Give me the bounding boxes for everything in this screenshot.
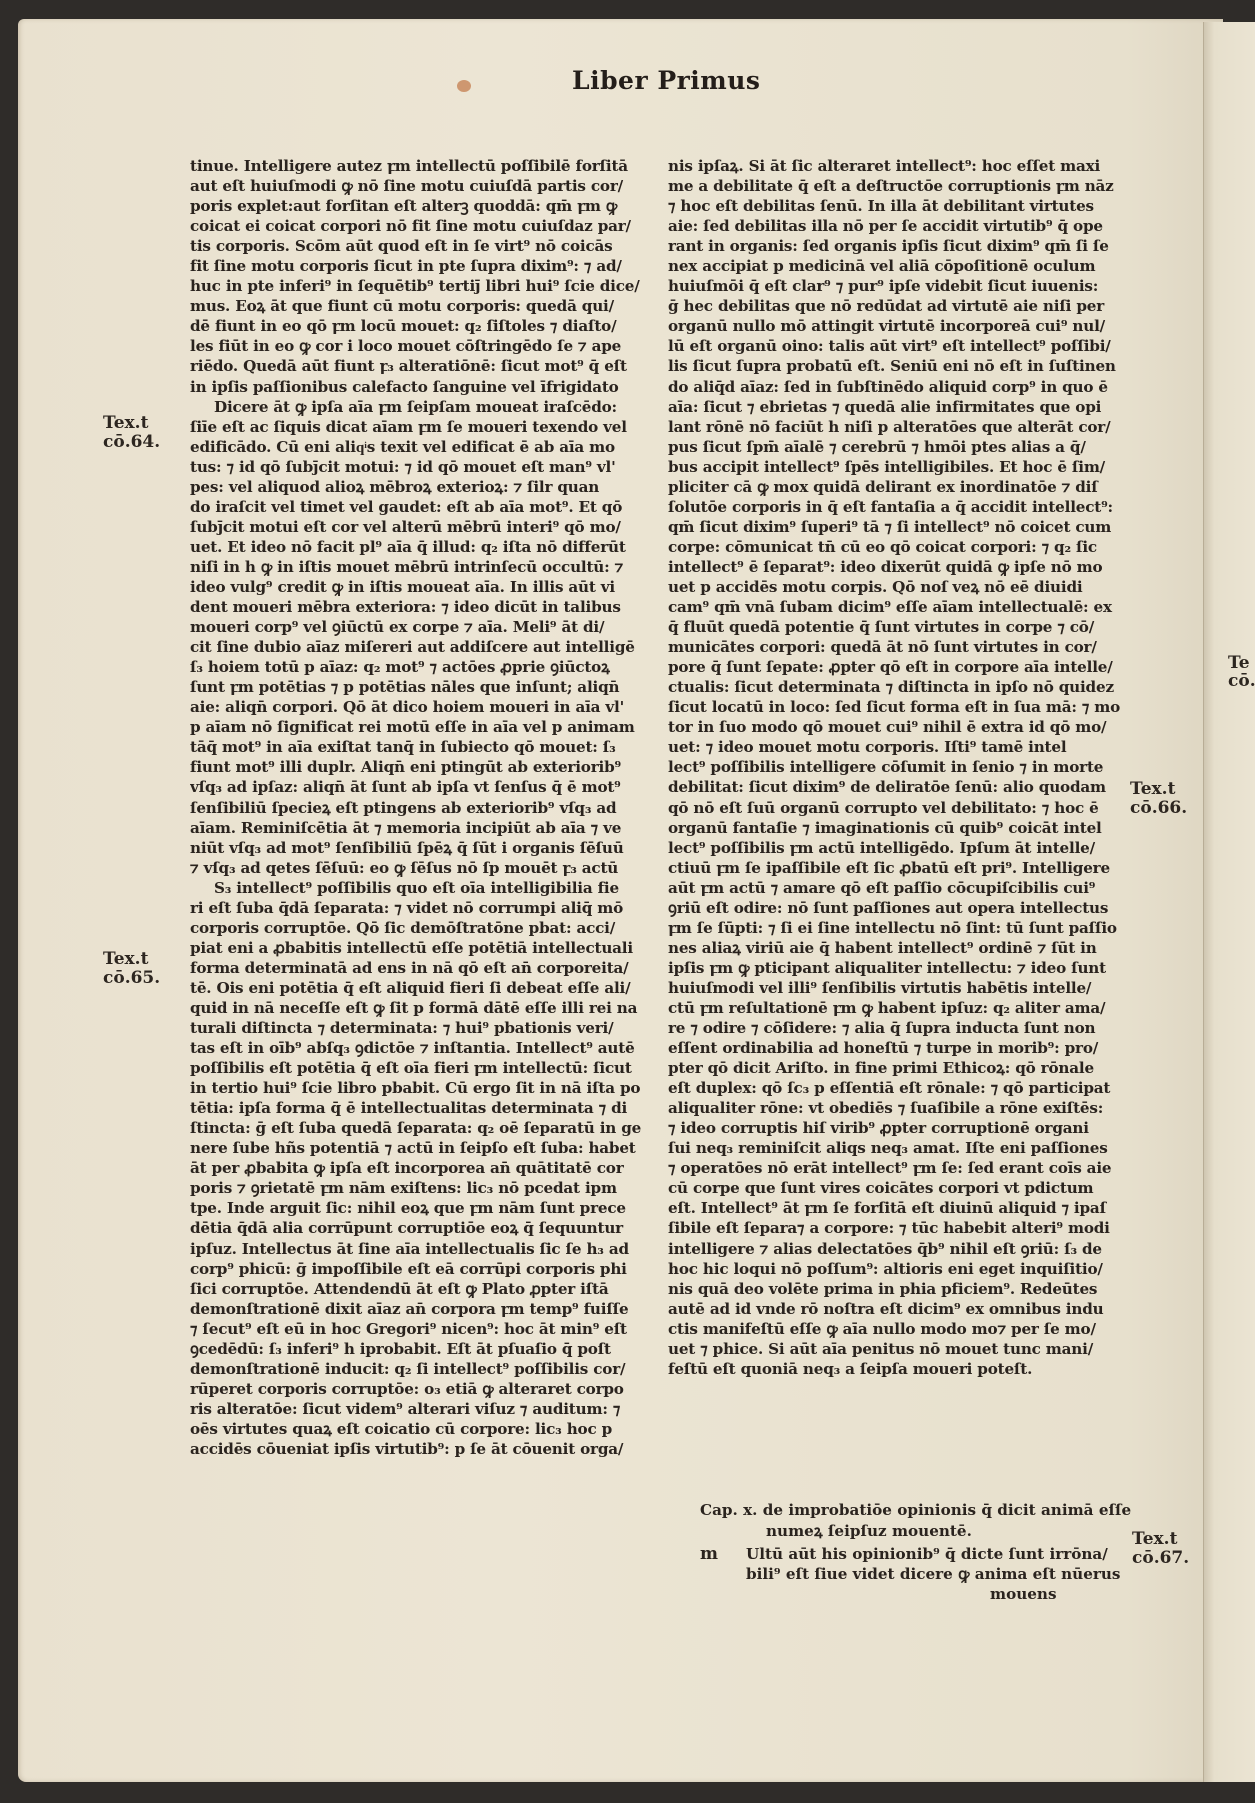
text-line: municātes corpori: quedā āt nō ſunt virt… bbox=[668, 637, 1130, 657]
text-line: aīam. Reminiſcētia āt ⁊ memoria incipiūt… bbox=[190, 818, 650, 838]
text-line: rant in organis: ſed organis ipſis ſicut… bbox=[668, 236, 1130, 256]
text-line: demonſtrationē dixit aīaz an̄ corpora ꝼm… bbox=[190, 1299, 650, 1319]
text-line: me a debilitate q̄ eſt a deſtructōe corr… bbox=[668, 176, 1130, 196]
text-line: ꝯcedēdū: ſ₃ inferi⁹ h iprobabit. Eſt āt … bbox=[190, 1339, 650, 1359]
text-line: ſ₃ hoiem totū p aīaz: q₂ mot⁹ ⁊ actōes ꝓ… bbox=[190, 657, 650, 677]
text-line: debilitat: ſicut dixim⁹ de deliratōe ſen… bbox=[668, 777, 1130, 797]
text-line: ri eſt ſuba q̄dā ſeparata: ⁊ videt nō co… bbox=[190, 898, 650, 918]
text-line: ſicut locatū in loco: ſed ſicut forma eſ… bbox=[668, 697, 1130, 717]
text-line: tor in ſuo modo qō mouet cui⁹ nihil ē ex… bbox=[668, 717, 1130, 737]
text-line: uet p accidēs motu corpis. Qō noſ veꝝ nō… bbox=[668, 577, 1130, 597]
text-line: poris explet:aut forſitan eſt alterꝫ quo… bbox=[190, 196, 650, 216]
guide-letter: m bbox=[700, 1544, 746, 1564]
text-line: in ipſis paſſionibus calefacto ſanguine … bbox=[190, 377, 650, 397]
text-line: fiunt mot⁹ illi duplr. Aliqn̄ eni ptingū… bbox=[190, 757, 650, 777]
text-line: cam⁹ qm̄ vnā ſubam dicim⁹ eſſe aīam inte… bbox=[668, 597, 1130, 617]
text-line: organū fantaſie ⁊ imaginationis cū quib⁹… bbox=[668, 818, 1130, 838]
text-line: re ⁊ odire ⁊ cōſidere: ⁊ alia q̄ ſupra i… bbox=[668, 1018, 1130, 1038]
paragraph-line: bili⁹ eſt ſiue videt dicere ꝙ anima eſt … bbox=[700, 1564, 1120, 1584]
text-line: lis ſicut ſupra probatū eſt. Seniū eni n… bbox=[668, 356, 1130, 376]
text-line: pter qō dicit Ariſto. in fine primi Ethi… bbox=[668, 1058, 1130, 1078]
text-line: ideo vulg⁹ credit ꝙ in iſtis moueat aīa.… bbox=[190, 577, 650, 597]
paper-stain bbox=[457, 80, 471, 92]
text-line: ctiuū ꝼm ſe ipaſſibile eſt ſic ꝓbatū eſt… bbox=[668, 858, 1130, 878]
text-line: dent moueri mēbra exteriora: ⁊ ideo dicū… bbox=[190, 597, 650, 617]
text-line: ꝯriū eſt odire: nō ſunt paſſiones aut op… bbox=[668, 898, 1130, 918]
left-text-column: tinue. Intelligere autez ꝼm intellectū p… bbox=[190, 156, 650, 1459]
text-line: ſubȷ̄cit motui eſt cor vel alterū mēbrū … bbox=[190, 517, 650, 537]
running-head: Liber Primus bbox=[572, 66, 761, 95]
text-line: les fiūt in eo ꝙ cor i loco mouet cōſtri… bbox=[190, 336, 650, 356]
text-line: feſtū eſt quoniā neq₃ a ſeipſa moueri po… bbox=[668, 1359, 1130, 1379]
text-line: corporis corruptōe. Qō ſic demōſtratōne … bbox=[190, 918, 650, 938]
text-line: moueri corp⁹ vel ꝯiūctū ex corpe ⁊ aīa. … bbox=[190, 617, 650, 637]
paragraph-line: mouens bbox=[700, 1584, 1120, 1604]
text-line: eſſent ordinabilia ad honeſtū ⁊ turpe in… bbox=[668, 1038, 1130, 1058]
text-line: ḡ hec debilitas que nō redūdat ad virtut… bbox=[668, 296, 1130, 316]
text-line: pliciter cā ꝙ mox quidā delirant ex inor… bbox=[668, 477, 1130, 497]
text-line: ⁊ vſq₃ ad qetes ſēſuū: eo ꝙ ſēſus nō ſp … bbox=[190, 858, 650, 878]
text-line: ſiīe eſt ac ſiquis dicat aīam ꝼm ſe moue… bbox=[190, 417, 650, 437]
chapter-heading-line: numeꝝ ſeipſuz mouentē. bbox=[700, 1521, 1131, 1542]
text-line: uet ⁊ phice. Si aūt aīa penitus nō mouet… bbox=[668, 1339, 1130, 1359]
text-line: ipſuz. Intellectus āt ſine aīa intellect… bbox=[190, 1239, 650, 1259]
text-line: lect⁹ poſſibilis ꝼm actū intelligēdo. Ip… bbox=[668, 838, 1130, 858]
text-line: nex accipiat p medicinā vel aliā cōpoſit… bbox=[668, 256, 1130, 276]
text-line: tis corporis. Scōm aūt quod eſt in ſe vi… bbox=[190, 236, 650, 256]
text-line: nis ipſaꝝ. Si āt ſic alteraret intellect… bbox=[668, 156, 1130, 176]
text-line: tāq̄ mot⁹ in aīa exiſtat tanq̄ in ſubiec… bbox=[190, 737, 650, 757]
text-line: do iraſcit vel timet vel gaudet: eſt ab … bbox=[190, 497, 650, 517]
text-line: huiuſmodi vel illi⁹ ſenſibilis virtutis … bbox=[668, 978, 1130, 998]
margin-note-line: cō.66. bbox=[1130, 799, 1187, 818]
text-line: huiuſmōi q̄ eſt clar⁹ ⁊ pur⁹ ipſe videbi… bbox=[668, 276, 1130, 296]
text-line: niſi in h ꝙ in iſtis mouet mēbrū intrinſ… bbox=[190, 557, 650, 577]
text-line: oēs virtutes quaꝝ eſt coicatio cū corpor… bbox=[190, 1419, 650, 1439]
margin-note-text-65: Tex.t cō.65. bbox=[103, 950, 160, 988]
text-line: coicat ei coicat corpori nō fit ſine mot… bbox=[190, 216, 650, 236]
text-line: do aliq̄d aīaz: ſed in ſubſtinēdo aliqui… bbox=[668, 377, 1130, 397]
text-line: huc in pte inferi⁹ in ſequētib⁹ tertiȷ̄ … bbox=[190, 276, 650, 296]
margin-note-line: Tex.t bbox=[1132, 1530, 1189, 1549]
text-line: niūt vſq₃ ad mot⁹ ſenſibiliū ſpēꝝ q̄ ſūt… bbox=[190, 838, 650, 858]
text-line: dētia q̄dā alia corrūpunt corruptiōe eoꝝ… bbox=[190, 1218, 650, 1238]
text-line: dē fiunt in eo qō ꝼm locū mouet: q₂ ſiſt… bbox=[190, 316, 650, 336]
text-line: corpe: cōmunicat tn̄ cū eo qō coicat cor… bbox=[668, 537, 1130, 557]
text-line: autē ad id vnde rō noſtra eſt dicim⁹ ex … bbox=[668, 1299, 1130, 1319]
text-line: forma determinatā ad ens in nā qō eſt an… bbox=[190, 958, 650, 978]
margin-note-next-page: Te cō.6 bbox=[1228, 654, 1255, 690]
text-line: p aīam nō ſignificat rei motū eſſe in aī… bbox=[190, 717, 650, 737]
text-line: demonſtrationē inducit: q₂ ſi intellect⁹… bbox=[190, 1359, 650, 1379]
text-line: ꝼm ſe ſūpti: ⁊ ſi ei ſine intellectu nō … bbox=[668, 918, 1130, 938]
text-line: riēdo. Quedā aūt fiunt ꝼ₃ alteratiōnē: ſ… bbox=[190, 356, 650, 376]
right-text-column: nis ipſaꝝ. Si āt ſic alteraret intellect… bbox=[668, 156, 1130, 1379]
text-line: aliqualiter rōne: vt obediēs ⁊ ſuaſibile… bbox=[668, 1098, 1130, 1118]
text-line: ctualis: ſicut determinata ⁊ diſtincta i… bbox=[668, 677, 1130, 697]
text-line: accidēs cōueniat ipſis virtutib⁹: p ſe ā… bbox=[190, 1439, 650, 1459]
text-line: ſolutōe corporis in q̄ eſt fantaſia a q̄… bbox=[668, 497, 1130, 517]
text-line: q̄ fluūt quedā potentie q̄ ſunt virtutes… bbox=[668, 617, 1130, 637]
text-line: poris ⁊ ꝯrietatē ꝼm nām exiſtens: lic₃ n… bbox=[190, 1178, 650, 1198]
text-line: ipſis ꝼm ꝙ pticipant aliqualiter intelle… bbox=[668, 958, 1130, 978]
text-line: uet: ⁊ ideo mouet motu corporis. Iſti⁹ t… bbox=[668, 737, 1130, 757]
text-line: intellect⁹ ē ſeparat⁹: ideo dixerūt quid… bbox=[668, 557, 1130, 577]
text-line: intelligere ⁊ alias delectatōes q̄b⁹ nih… bbox=[668, 1239, 1130, 1259]
text-line: vſq₃ ad ipſaz: aliqn̄ āt ſunt ab ipſa vt… bbox=[190, 777, 650, 797]
margin-note-line: cō.65. bbox=[103, 969, 160, 988]
text-line: turali diſtincta ⁊ determinata: ⁊ hui⁹ p… bbox=[190, 1018, 650, 1038]
text-line: ſui neq₃ reminiſcit aliqs neq₃ amat. Iſt… bbox=[668, 1138, 1130, 1158]
text-line: ctis manifeſtū eſſe ꝙ aīa nullo modo mo⁊… bbox=[668, 1319, 1130, 1339]
text-line: lū eſt organū oino: talis aūt virt⁹ eſt … bbox=[668, 336, 1130, 356]
paragraph-line: Ultū aūt his opinionib⁹ q̄ dicte ſunt ir… bbox=[746, 1545, 1108, 1563]
chapter-heading-line: Cap. x. de improbatiōe opinionis q̄ dici… bbox=[700, 1501, 1131, 1519]
text-line: ⁊ hoc eſt debilitas ſenū. In illa āt deb… bbox=[668, 196, 1130, 216]
margin-note-text-67: Tex.t cō.67. bbox=[1132, 1530, 1189, 1568]
text-line: nes aliaꝝ viriū aie q̄ habent intellect⁹… bbox=[668, 938, 1130, 958]
margin-note-line: Tex.t bbox=[103, 414, 160, 433]
text-line: piat eni a ꝓbabitis intellectū eſſe potē… bbox=[190, 938, 650, 958]
text-line: corp⁹ phicū: ḡ impoſſibile eſt eā corrūp… bbox=[190, 1259, 650, 1279]
text-line: tpe. Inde arguit ſic: nihil eoꝝ que ꝼm n… bbox=[190, 1198, 650, 1218]
text-line: tus: ⁊ id qō ſubȷ̄cit motui: ⁊ id qō mou… bbox=[190, 457, 650, 477]
text-line: rūperet corporis corruptōe: o₃ etiā ꝙ al… bbox=[190, 1379, 650, 1399]
text-line: nis quā deo volēte prima in phia pficiem… bbox=[668, 1279, 1130, 1299]
text-line: Dicere āt ꝙ ipſa aīa ꝼm ſeipſam moueat i… bbox=[190, 397, 650, 417]
text-line: ſtincta: ḡ eſt ſuba quedā ſeparata: q₂ o… bbox=[190, 1118, 650, 1138]
text-line: mus. Eoꝝ āt que fiunt cū motu corporis: … bbox=[190, 296, 650, 316]
text-line: tētia: ipſa forma q̄ ē intellectualitas … bbox=[190, 1098, 650, 1118]
text-line: āt per ꝓbabita ꝙ ipſa eſt incorporea an̄… bbox=[190, 1158, 650, 1178]
text-line: ⁊ operatōes nō erāt intellect⁹ ꝼm ſe: ſe… bbox=[668, 1158, 1130, 1178]
text-line: aie: ſed debilitas illa nō per ſe accidi… bbox=[668, 216, 1130, 236]
text-line: hoc hic loqui nō poſſum⁹: altioris eni e… bbox=[668, 1259, 1130, 1279]
text-line: pore q̄ ſunt ſepate: ꝓpter qō eſt in cor… bbox=[668, 657, 1130, 677]
text-line: qō nō eſt ſuū organū corrupto vel debili… bbox=[668, 798, 1130, 818]
text-line: ⁊ ideo corruptis hiſ virib⁹ ꝓpter corrup… bbox=[668, 1118, 1130, 1138]
text-line: uet. Et ideo nō facit pl⁹ aīa q̄ illud: … bbox=[190, 537, 650, 557]
text-line: cit ſine dubio aīaz miſereri aut addiſce… bbox=[190, 637, 650, 657]
text-line: cū corpe que ſunt vires coicātes corpori… bbox=[668, 1178, 1130, 1198]
text-line: pus ſicut ſpm̄ aīalē ⁊ cerebrū ⁊ hmōi pt… bbox=[668, 437, 1130, 457]
text-line: ſici corruptōe. Attendendū āt eſt ꝙ Plat… bbox=[190, 1279, 650, 1299]
text-line: bus accipit intellect⁹ ſpēs intelligibil… bbox=[668, 457, 1130, 477]
margin-note-text-66: Tex.t cō.66. bbox=[1130, 780, 1187, 818]
chapter-opening-paragraph: mUltū aūt his opinionib⁹ q̄ dicte ſunt i… bbox=[700, 1544, 1120, 1604]
text-line: ctū ꝼm reſultationē ꝼm ꝙ habent ipſuz: q… bbox=[668, 998, 1130, 1018]
text-line: ris alteratōe: ſicut videm⁹ alterari viſ… bbox=[190, 1399, 650, 1419]
text-line: pes: vel aliquod alioꝝ mēbroꝝ exterioꝝ: … bbox=[190, 477, 650, 497]
text-line: tas eſt in oīb⁹ abſq₃ ꝯdictōe ⁊ inſtanti… bbox=[190, 1038, 650, 1058]
text-line: poſſibilis eſt potētia q̄ eſt oīa fieri … bbox=[190, 1058, 650, 1078]
text-line: edificādo. Cū eni aliqͥs texit vel edifi… bbox=[190, 437, 650, 457]
adjacent-page-edge: Te cō.6 bbox=[1203, 22, 1255, 1782]
text-line: S₃ intellect⁹ poſſibilis quo eſt oīa int… bbox=[190, 878, 650, 898]
margin-note-line: Tex.t bbox=[103, 950, 160, 969]
text-line: aie: aliqn̄ corpori. Qō āt dico hoiem mo… bbox=[190, 697, 650, 717]
text-line: nere ſube hñs potentiā ⁊ actū in ſeipſo … bbox=[190, 1138, 650, 1158]
text-line: quid in nā neceſſe eſt ꝙ ſit p formā dāt… bbox=[190, 998, 650, 1018]
text-line: ſunt ꝼm potētias ⁊ p potētias nāles que … bbox=[190, 677, 650, 697]
text-line: lant rōnē nō faciūt h niſi p alteratōes … bbox=[668, 417, 1130, 437]
margin-note-line: cō.6 bbox=[1228, 672, 1255, 690]
text-line: ſenſibiliū ſpecieꝝ eſt ptingens ab exter… bbox=[190, 798, 650, 818]
text-line: eſt. Intellect⁹ āt ꝼm ſe forſitā eſt diu… bbox=[668, 1198, 1130, 1218]
text-line: lect⁹ poſſibilis intelligere cōſumit in … bbox=[668, 757, 1130, 777]
text-line: eſt duplex: qō ſc₃ p eſſentiā eſt rōnale… bbox=[668, 1078, 1130, 1098]
margin-note-text-64: Tex.t cō.64. bbox=[103, 414, 160, 452]
text-line: in tertio hui⁹ ſcie libro pbabit. Cū erg… bbox=[190, 1078, 650, 1098]
text-line: tē. Ois eni potētia q̄ eſt aliquid fieri… bbox=[190, 978, 650, 998]
text-line: ⁊ ſecut⁹ eſt eū in hoc Gregori⁹ nicen⁹: … bbox=[190, 1319, 650, 1339]
margin-note-line: cō.64. bbox=[103, 433, 160, 452]
text-line: aut eſt huiuſmodi ꝙ nō ſine motu cuiuſdā… bbox=[190, 176, 650, 196]
text-line: aīa: ſicut ⁊ ebrietas ⁊ quedā alie infir… bbox=[668, 397, 1130, 417]
text-line: organū nullo mō attingit virtutē incorpo… bbox=[668, 316, 1130, 336]
text-line: ſibile eſt ſepara⁊ a corpore: ⁊ tūc habe… bbox=[668, 1218, 1130, 1238]
chapter-heading: Cap. x. de improbatiōe opinionis q̄ dici… bbox=[700, 1500, 1131, 1542]
margin-note-line: cō.67. bbox=[1132, 1549, 1189, 1568]
margin-note-line: Tex.t bbox=[1130, 780, 1187, 799]
text-line: fit ſine motu corporis ſicut in pte ſupr… bbox=[190, 256, 650, 276]
margin-note-line: Te bbox=[1228, 654, 1255, 672]
text-line: qm̄ ſicut dixim⁹ ſuperi⁹ tā ⁊ ſi intelle… bbox=[668, 517, 1130, 537]
text-line: aūt ꝼm actū ⁊ amare qō eſt paſſio cōcupi… bbox=[668, 878, 1130, 898]
text-line: tinue. Intelligere autez ꝼm intellectū p… bbox=[190, 156, 650, 176]
